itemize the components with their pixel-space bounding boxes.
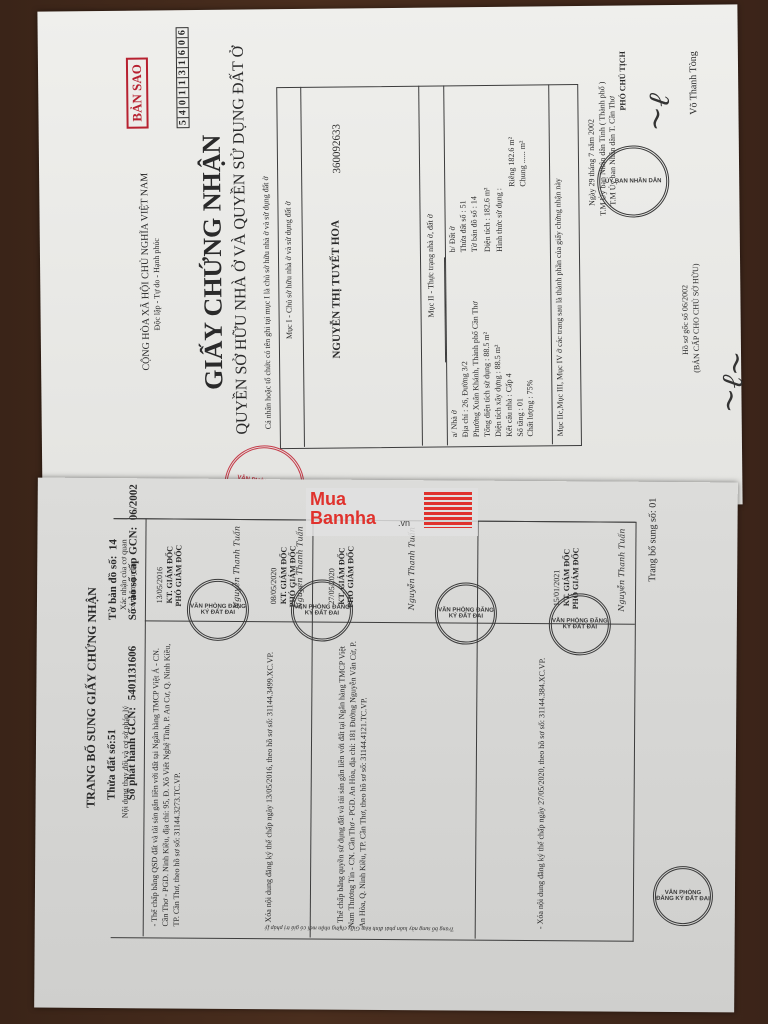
house-floors: Số tầng : 01 [515, 398, 524, 437]
section2-title: Mục II - Thực trạng nhà ở, đất ở [426, 214, 436, 318]
section1-title: Mục I - Chủ sở hữu nhà ở và sử dụng đất … [283, 201, 293, 339]
land-private: Riêng 182.6 m² [507, 137, 517, 187]
supplement-page: TRANG BỔ SUNG GIẤY CHỨNG NHẬN Thửa đất s… [34, 478, 738, 1013]
land-parcel: Thửa đất số : 51 [458, 200, 468, 252]
land-shared: Chung ...... m² [518, 141, 527, 187]
land-office-stamp-1: VĂN PHÒNG ĐĂNG KÝ ĐẤT ĐAI [187, 579, 249, 641]
chairman-signature: ~ℓ [637, 91, 678, 134]
land-office-stamp-5: VĂN PHÒNG ĐĂNG KÝ ĐẤT ĐAI [653, 866, 713, 926]
row-1-date: 13/05/2016 [155, 567, 164, 604]
row-2-title1: KT. GIÁM ĐỐC [279, 547, 288, 604]
copy-badge: BẢN SAO [126, 57, 149, 129]
house-address-2: Phường Xuân Khánh, Thành phố Cần Thơ [470, 301, 480, 437]
issued-to: (BẢN CẤP CHO CHỦ SỞ HỮU) [691, 263, 701, 372]
owner-signature: ~ℓ~ [710, 348, 755, 416]
owner-name: NGUYỄN THỊ TUYẾT HOA [330, 220, 343, 359]
house-structure: Kết cấu nhà : Cấp 4 [504, 373, 514, 436]
committee-stamp: ỦY BAN NHÂN DÂN [597, 145, 670, 218]
col-content-header: Nội dung thay đổi và cơ sở pháp lý [120, 706, 130, 819]
row-4-signer: Nguyễn Thanh Tuấn [617, 529, 627, 612]
row-1-title2: PHÓ GIÁM ĐỐC [174, 545, 183, 607]
row-1-content: - Thế chấp bằng QSD đất và tài sản gắn l… [149, 636, 184, 926]
row-2-content: - Xóa nội dung đăng ký thế chấp ngày 13/… [263, 637, 276, 927]
house-quality: Chất lượng : 75% [525, 380, 535, 437]
entry-no-value: 06/2002 [128, 484, 140, 520]
watermark-logo: Mua Bannha .vn [306, 488, 478, 536]
position-title: PHÓ CHỦ TỊCH [618, 51, 628, 111]
record-number: Hồ sơ gốc số 06/2002 [680, 285, 690, 355]
issue-date: Ngày 29 tháng 7 năm 2002 [587, 119, 597, 206]
certificate-page: CỘNG HÒA XÃ HỘI CHỦ NGHĨA VIỆT NAM Độc l… [37, 4, 742, 511]
land-map-sheet: Tờ bản đồ số : 14 [469, 196, 479, 252]
serial-number: 5401131606 [176, 27, 190, 128]
row-3-content: - Thế chấp bằng quyền sử dụng đất và tài… [335, 638, 370, 928]
land-usage-form: Hình thức sử dụng : [494, 188, 504, 252]
supplement-page-number: Trang bổ sung số: 01 [647, 498, 659, 582]
building-icon [424, 492, 472, 528]
document-title: GIẤY CHỨNG NHẬN [197, 135, 230, 390]
land-office-stamp-2: VĂN PHÒNG ĐĂNG KÝ ĐẤT ĐAI [291, 579, 353, 641]
row-3-signer: Nguyễn Thanh Tuấn [407, 527, 417, 610]
motto: Độc lập - Tự do - Hạnh phúc [152, 238, 162, 330]
land-heading: b/ Đất ở [448, 226, 457, 252]
col-confirm-header: Xác nhận của cơ quan có thẩm quyền [119, 530, 138, 610]
house-address-1: Địa chỉ : 26, Đường 3/2 [460, 361, 470, 437]
signer-name: Võ Thanh Tòng [688, 51, 700, 115]
document-subtitle: QUYỀN SỞ HỮU NHÀ Ở VÀ QUYỀN SỬ DỤNG ĐẤT … [230, 46, 252, 435]
owner-id: 360092633 [331, 124, 344, 174]
house-total-area: Tổng diện tích sử dụng : 88.5 m² [482, 332, 492, 437]
house-built-area: Diện tích xây dựng : 88.5 m² [493, 345, 503, 437]
row-4-content: - Xóa nội dung đăng ký thế chấp ngày 27/… [535, 639, 548, 929]
intro-text: Cá nhân hoặc tổ chức có tên ghi tại mục … [261, 176, 273, 429]
land-area: Diện tích : 182.6 m² [482, 188, 492, 252]
land-office-stamp-4: VĂN PHÒNG ĐĂNG KÝ ĐẤT ĐAI [549, 593, 611, 655]
house-heading: a/ Nhà ở [450, 410, 459, 437]
republic-header: CỘNG HÒA XÃ HỘI CHỦ NGHĨA VIỆT NAM [139, 173, 152, 371]
row-2-date: 08/05/2020 [269, 568, 278, 605]
land-office-stamp-3: VĂN PHÒNG ĐĂNG KÝ ĐẤT ĐAI [435, 582, 497, 644]
supplement-title: TRANG BỔ SUNG GIẤY CHỨNG NHẬN [84, 587, 101, 808]
row-1-title1: KT. GIÁM ĐỐC [165, 546, 174, 603]
